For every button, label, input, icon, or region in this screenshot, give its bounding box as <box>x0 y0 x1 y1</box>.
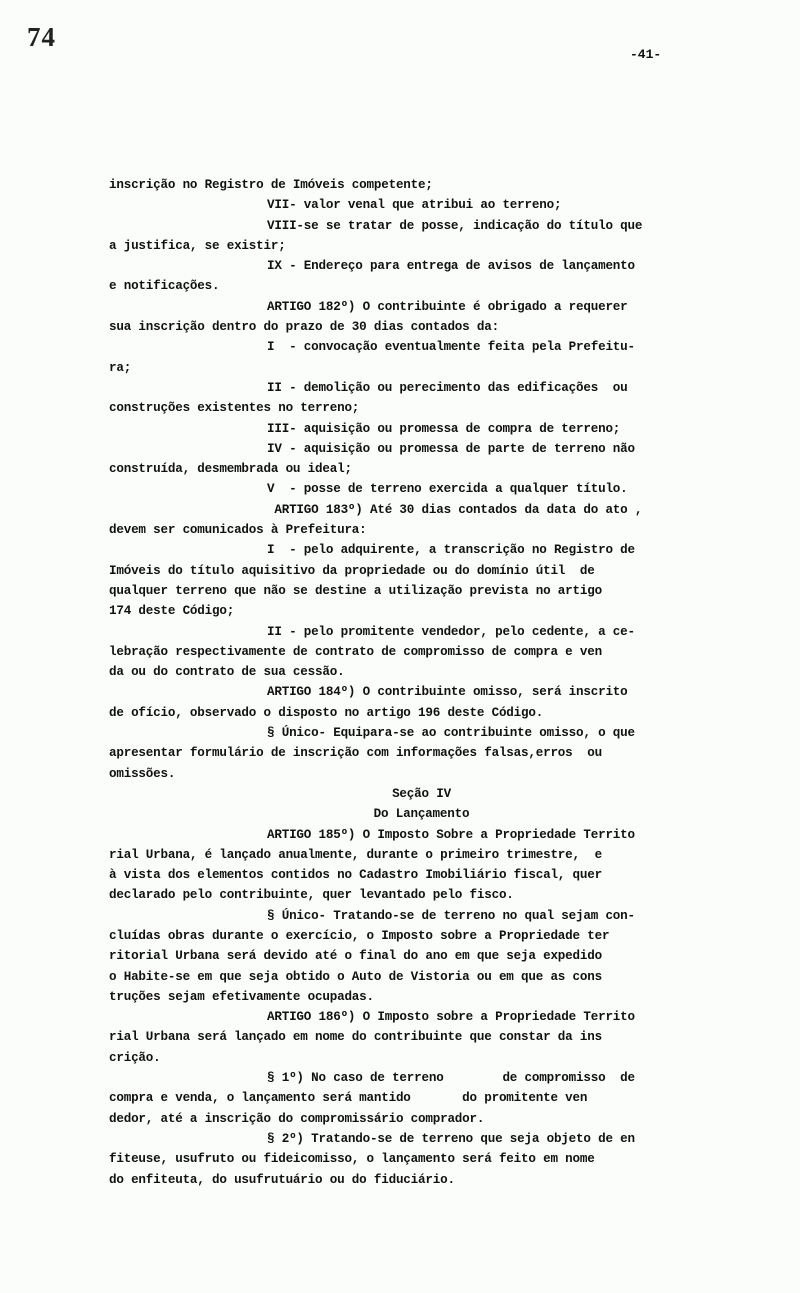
text-line: § 1º) No caso de terreno de compromisso … <box>109 1068 734 1088</box>
text-line: ARTIGO 186º) O Imposto sobre a Proprieda… <box>109 1007 734 1027</box>
text-line: II - demolição ou perecimento das edific… <box>109 378 734 398</box>
text-line: truções sejam efetivamente ocupadas. <box>109 987 734 1007</box>
text-line: e notificações. <box>109 276 734 296</box>
text-line: de ofício, observado o disposto no artig… <box>109 703 734 723</box>
text-line: qualquer terreno que não se destine a ut… <box>109 581 734 601</box>
text-line: sua inscrição dentro do prazo de 30 dias… <box>109 317 734 337</box>
text-line: VII- valor venal que atribui ao terreno; <box>109 195 734 215</box>
text-line: ARTIGO 184º) O contribuinte omisso, será… <box>109 682 734 702</box>
text-line: rial Urbana, é lançado anualmente, duran… <box>109 845 734 865</box>
text-line: ritorial Urbana será devido até o final … <box>109 946 734 966</box>
text-line: Imóveis do título aquisitivo da propried… <box>109 561 734 581</box>
text-line: IV - aquisição ou promessa de parte de t… <box>109 439 734 459</box>
text-line: omissões. <box>109 764 734 784</box>
section-heading: Do Lançamento <box>109 804 734 824</box>
text-line: crição. <box>109 1048 734 1068</box>
text-line: IX - Endereço para entrega de avisos de … <box>109 256 734 276</box>
text-line: rial Urbana será lançado em nome do cont… <box>109 1027 734 1047</box>
document-body: inscrição no Registro de Imóveis compete… <box>109 175 734 1190</box>
text-line: o Habite-se em que seja obtido o Auto de… <box>109 967 734 987</box>
text-line: I - convocação eventualmente feita pela … <box>109 337 734 357</box>
text-line: devem ser comunicados à Prefeitura: <box>109 520 734 540</box>
text-line: § Único- Tratando-se de terreno no qual … <box>109 906 734 926</box>
text-line: V - posse de terreno exercida a qualquer… <box>109 479 734 499</box>
text-line: dedor, até a inscrição do compromissário… <box>109 1109 734 1129</box>
text-line: fiteuse, usufruto ou fideicomisso, o lan… <box>109 1149 734 1169</box>
text-line: II - pelo promitente vendedor, pelo cede… <box>109 622 734 642</box>
text-line: § 2º) Tratando-se de terreno que seja ob… <box>109 1129 734 1149</box>
page-number: -41- <box>630 47 661 62</box>
text-line: 174 deste Código; <box>109 601 734 621</box>
text-line: III- aquisição ou promessa de compra de … <box>109 419 734 439</box>
stamp-number: 74 <box>27 22 56 53</box>
text-line: a justifica, se existir; <box>109 236 734 256</box>
text-line: ARTIGO 185º) O Imposto Sobre a Proprieda… <box>109 825 734 845</box>
text-line: compra e venda, o lançamento será mantid… <box>109 1088 734 1108</box>
text-line: apresentar formulário de inscrição com i… <box>109 743 734 763</box>
text-line: à vista dos elementos contidos no Cadast… <box>109 865 734 885</box>
text-line: construída, desmembrada ou ideal; <box>109 459 734 479</box>
text-line: construções existentes no terreno; <box>109 398 734 418</box>
text-line: § Único- Equipara-se ao contribuinte omi… <box>109 723 734 743</box>
text-line: ARTIGO 182º) O contribuinte é obrigado a… <box>109 297 734 317</box>
text-line: ra; <box>109 358 734 378</box>
text-line: lebração respectivamente de contrato de … <box>109 642 734 662</box>
text-line: declarado pelo contribuinte, quer levant… <box>109 885 734 905</box>
text-line: ARTIGO 183º) Até 30 dias contados da dat… <box>109 500 734 520</box>
text-line: I - pelo adquirente, a transcrição no Re… <box>109 540 734 560</box>
text-line: inscrição no Registro de Imóveis compete… <box>109 175 734 195</box>
text-line: VIII-se se tratar de posse, indicação do… <box>109 216 734 236</box>
section-heading: Seção IV <box>109 784 734 804</box>
text-line: cluídas obras durante o exercício, o Imp… <box>109 926 734 946</box>
text-line: do enfiteuta, do usufrutuário ou do fidu… <box>109 1170 734 1190</box>
text-line: da ou do contrato de sua cessão. <box>109 662 734 682</box>
